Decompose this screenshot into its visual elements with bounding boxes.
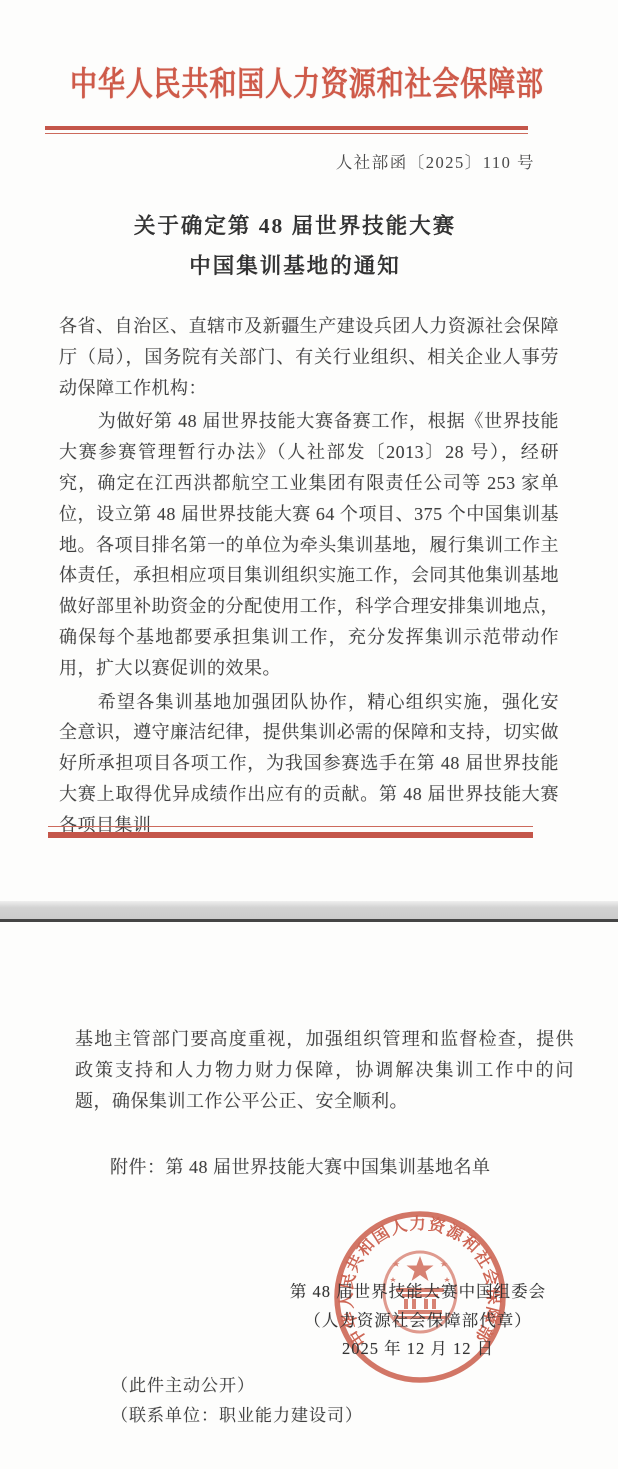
attachment-line: 附件：第 48 届世界技能大赛中国集训基地名单 [110,1153,491,1179]
doc-number: 人社部函〔2025〕110 号 [45,149,535,173]
paragraph-2: 希望各集训基地加强团队协作，精心组织实施，强化安全意识，遵守廉洁纪律，提供集训必… [59,687,559,841]
notice-title-line-2: 中国集训基地的通知 [0,246,590,286]
header-rule-thin [45,133,528,134]
header-rule-thick [45,126,528,130]
signature-on-behalf: （人力资源社会保障部代章） [272,1307,564,1336]
signature-date: 2025 年 12 月 12 日 [272,1335,564,1364]
signature-block: 第 48 届世界技能大赛中国组委会 （人力资源社会保障部代章） 2025 年 1… [272,1278,564,1364]
notice-title: 关于确定第 48 届世界技能大赛 中国集训基地的通知 [0,206,590,286]
signature-org: 第 48 届世界技能大赛中国组委会 [272,1278,564,1307]
page-separator-shadow [0,901,618,920]
salutation: 各省、自治区、直辖市及新疆生产建设兵团人力资源社会保障厅（局），国务院有关部门、… [59,311,559,403]
page-1-body: 各省、自治区、直辖市及新疆生产建设兵团人力资源社会保障厅（局），国务院有关部门、… [59,311,559,844]
note-public-disclosure: （此件主动公开） [111,1371,255,1396]
agency-name: 中华人民共和国人力资源和社会保障部 [70,64,544,106]
page-separator-edge [0,919,618,922]
notice-title-line-1: 关于确定第 48 届世界技能大赛 [0,206,590,246]
footer-rule-thick [48,832,533,838]
paragraph-3: 基地主管部门要高度重视，加强组织管理和监督检查，提供政策支持和人力物力财力保障，… [75,1024,574,1116]
agency-header: 中华人民共和国人力资源和社会保障部 [0,64,618,106]
note-contact-unit: （联系单位：职业能力建设司） [111,1401,363,1426]
page-2-body: 基地主管部门要高度重视，加强组织管理和监督检查，提供政策支持和人力物力财力保障，… [75,1024,574,1119]
paragraph-1: 为做好第 48 届世界技能大赛备赛工作，根据《世界技能大赛参赛管理暂行办法》（人… [59,406,559,683]
footer-rule-thin [48,826,533,827]
document-scan: 中华人民共和国人力资源和社会保障部 人社部函〔2025〕110 号 关于确定第 … [0,0,618,1469]
